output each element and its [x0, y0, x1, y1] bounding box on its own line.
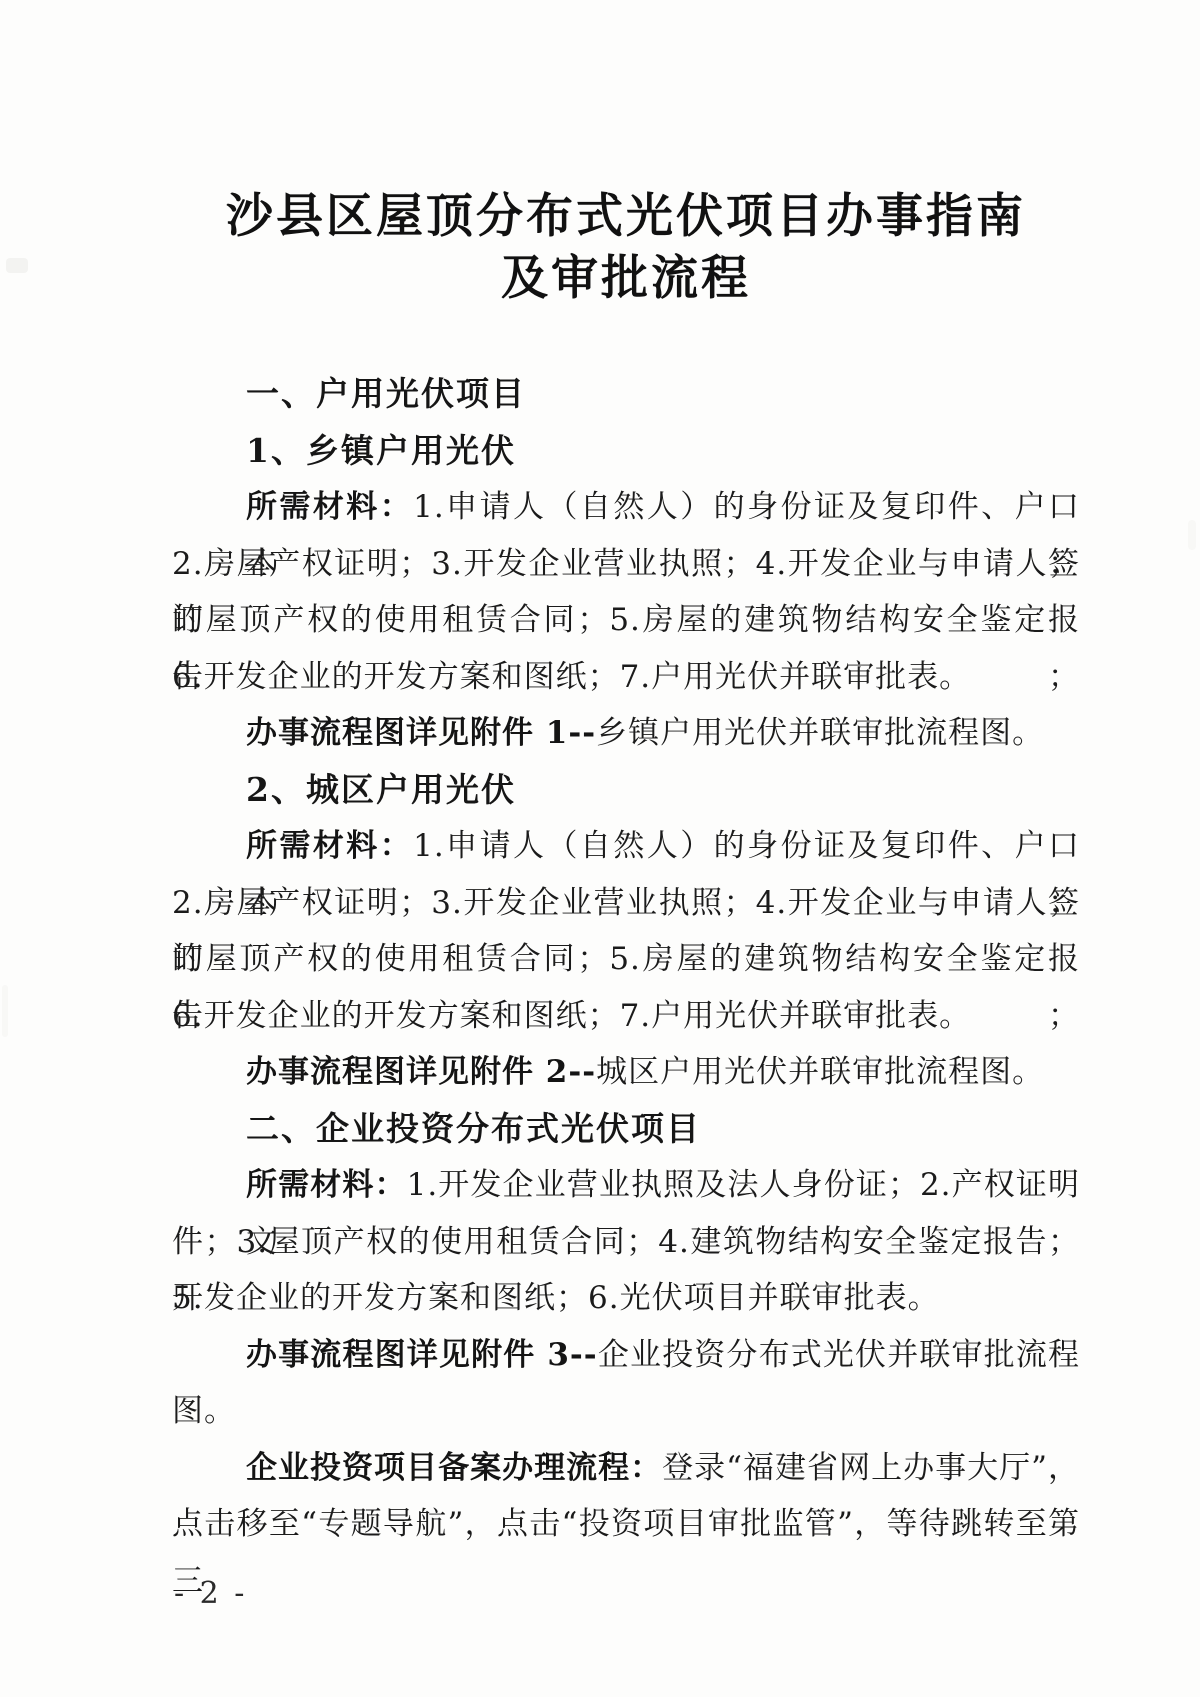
text-line: 图。: [172, 1383, 1080, 1440]
text-line: 2.房屋产权证明；3.开发企业营业执照；4.开发企业与申请人签订: [172, 875, 1080, 932]
document-page: 沙县区屋顶分布式光伏项目办事指南 及审批流程 一、户用光伏项目 1、乡镇户用光伏…: [0, 0, 1200, 1697]
section-heading-2: 二、企业投资分布式光伏项目: [172, 1101, 1080, 1158]
subsection-heading-1-1: 1、乡镇户用光伏: [172, 423, 1080, 480]
document-title-line1: 沙县区屋顶分布式光伏项目办事指南: [172, 186, 1080, 248]
text-line: 6.开发企业的开发方案和图纸；7.户用光伏并联审批表。: [172, 649, 1080, 706]
scan-artifact: [6, 258, 28, 273]
filing-process-line: 企业投资项目备案办理流程：登录“福建省网上办事大厅”，: [172, 1440, 1080, 1497]
scan-artifact: [1188, 520, 1196, 550]
text-line: 点击移至“专题导航”，点击“投资项目审批监管”，等待跳转至第三: [172, 1496, 1080, 1553]
attachment-reference-3: 办事流程图详见附件 3--企业投资分布式光伏并联审批流程: [172, 1327, 1080, 1384]
text-line: 所需材料：1.申请人（自然人）的身份证及复印件、户口本；: [172, 818, 1080, 875]
document-title: 沙县区屋顶分布式光伏项目办事指南 及审批流程: [172, 186, 1080, 310]
text-line: 6.开发企业的开发方案和图纸；7.户用光伏并联审批表。: [172, 988, 1080, 1045]
document-body: 一、户用光伏项目 1、乡镇户用光伏 所需材料：1.申请人（自然人）的身份证及复印…: [172, 366, 1080, 1553]
subsection-heading-1-2: 2、城区户用光伏: [172, 762, 1080, 819]
text-line: 所需材料：1.申请人（自然人）的身份证及复印件、户口本；: [172, 479, 1080, 536]
attachment-reference-1: 办事流程图详见附件 1--乡镇户用光伏并联审批流程图。: [172, 705, 1080, 762]
text-line: 开发企业的开发方案和图纸；6.光伏项目并联审批表。: [172, 1270, 1080, 1327]
text-line: 件；3.屋顶产权的使用租赁合同；4.建筑物结构安全鉴定报告；5.: [172, 1214, 1080, 1271]
attachment-reference-2: 办事流程图详见附件 2--城区户用光伏并联审批流程图。: [172, 1044, 1080, 1101]
document-title-line2: 及审批流程: [172, 248, 1080, 310]
text-line: 2.房屋产权证明；3.开发企业营业执照；4.开发企业与申请人签订: [172, 536, 1080, 593]
scan-artifact: [2, 985, 8, 1037]
text-line: 所需材料：1.开发企业营业执照及法人身份证；2.产权证明文: [172, 1157, 1080, 1214]
text-line: 的屋顶产权的使用租赁合同；5.房屋的建筑物结构安全鉴定报告；: [172, 592, 1080, 649]
section-heading-1: 一、户用光伏项目: [172, 366, 1080, 423]
text-line: 的屋顶产权的使用租赁合同；5.房屋的建筑物结构安全鉴定报告；: [172, 931, 1080, 988]
page-number: - 2 -: [174, 1576, 247, 1611]
